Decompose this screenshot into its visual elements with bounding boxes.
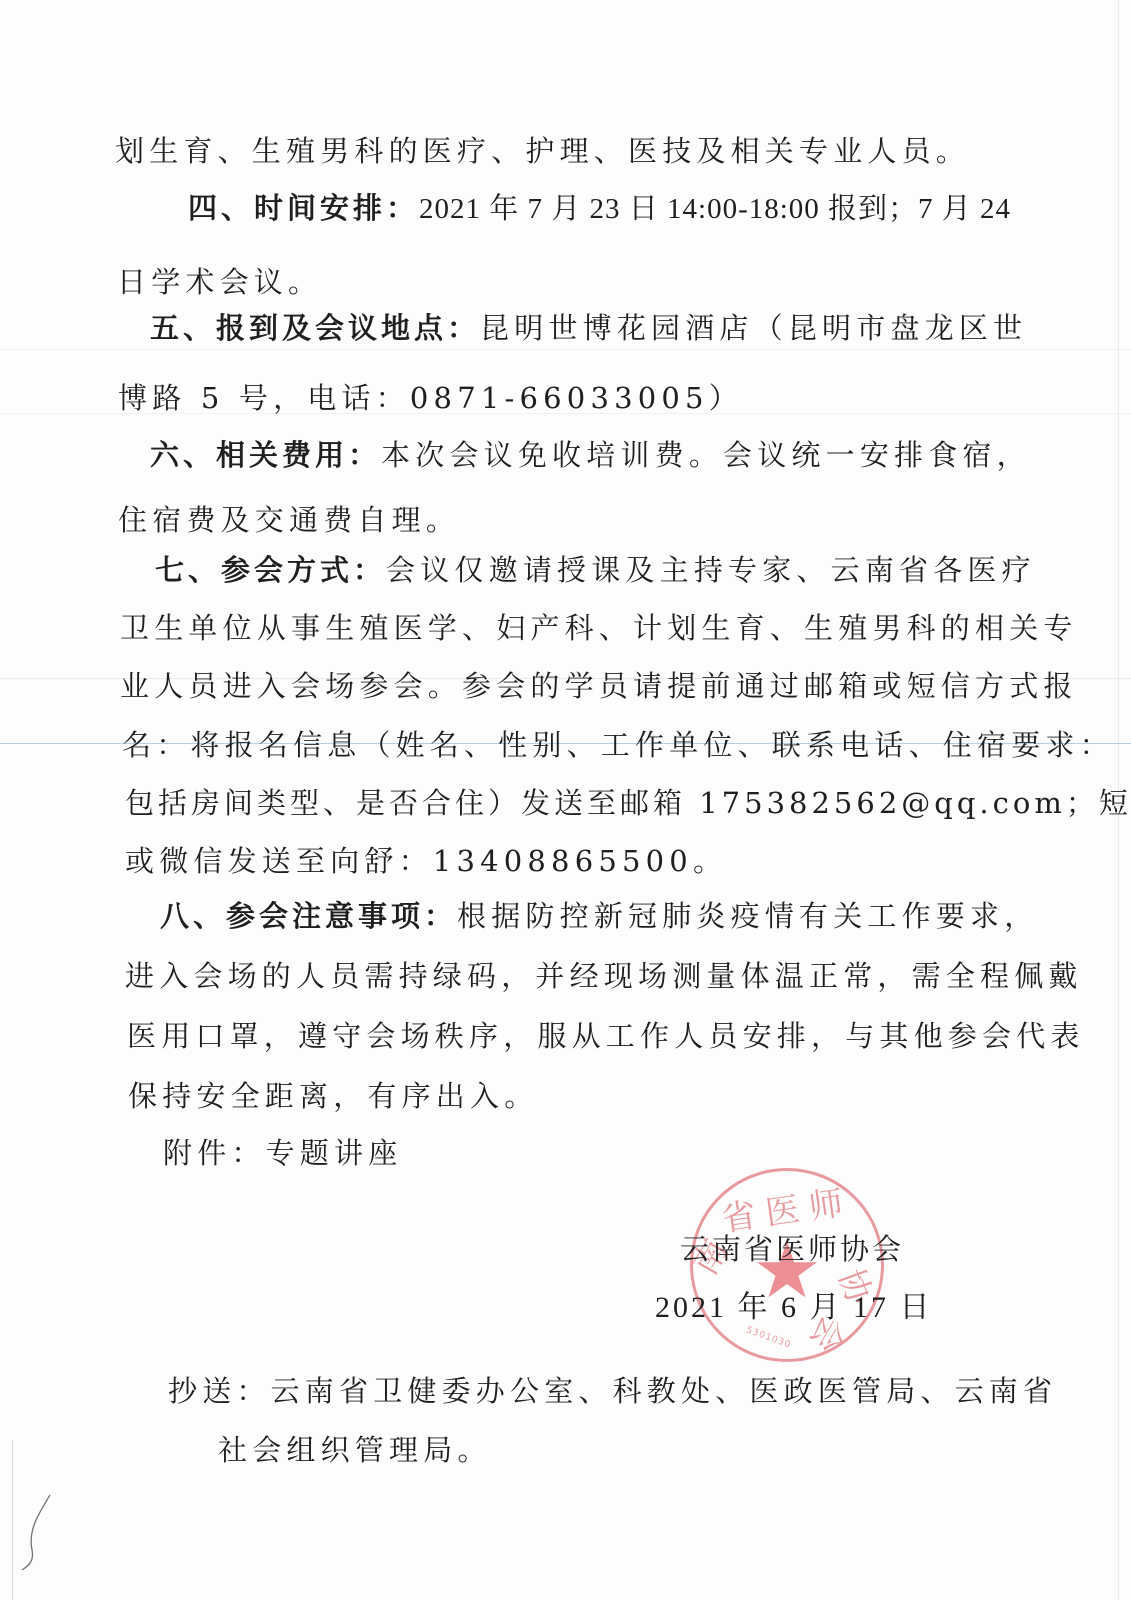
cc-label: 抄送：: [168, 1374, 271, 1408]
cc-line-1: 抄送：云南省卫健委办公室、科教处、医政医管局、云南省: [168, 1373, 1057, 1409]
section-4-text: 2021 年 7 月 23 日 14:00-18:00 报到；7 月 24: [419, 193, 1011, 225]
section-8-text: 根据防控新冠肺炎疫情有关工作要求，: [457, 899, 1038, 933]
document-page: 划生育、生殖男科的医疗、护理、医技及相关专业人员。 四、时间安排：2021 年 …: [0, 0, 1131, 1600]
section-8-line-4: 保持安全距离，有序出入。: [128, 1078, 538, 1114]
scan-artifact-line: [0, 349, 1131, 350]
section-5-line-1: 五、报到及会议地点：昆明世博花园酒店（昆明市盘龙区世: [150, 310, 1027, 346]
section-6-line-1: 六、相关费用：本次会议免收培训费。会议统一安排食宿，: [150, 437, 1031, 473]
body-line: 划生育、生殖男科的医疗、护理、医技及相关专业人员。: [115, 133, 970, 169]
section-8-line-1: 八、参会注意事项：根据防控新冠肺炎疫情有关工作要求，: [160, 898, 1038, 934]
section-8-line-2: 进入会场的人员需持绿码，并经现场测量体温正常，需全程佩戴: [125, 958, 1083, 994]
section-8-line-3: 医用口罩，遵守会场秩序，服从工作人员安排，与其他参会代表: [127, 1018, 1085, 1054]
section-5-text: 昆明世博花园酒店（昆明市盘龙区世: [480, 311, 1027, 345]
section-4-line-1: 四、时间安排：2021 年 7 月 23 日 14:00-18:00 报到；7 …: [188, 190, 1011, 227]
section-7-line-2: 卫生单位从事生殖医学、妇产科、计划生育、生殖男科的相关专: [120, 610, 1078, 646]
margin-pen-mark-icon: [20, 1490, 60, 1580]
cc-recipients-1: 云南省卫健委办公室、科教处、医政医管局、云南省: [271, 1374, 1058, 1408]
section-6-text: 本次会议免收培训费。会议统一安排食宿，: [381, 438, 1031, 472]
section-4-heading: 四、时间安排：: [188, 191, 419, 225]
section-7-heading: 七、参会方式：: [155, 553, 386, 587]
section-7-line-1: 七、参会方式：会议仅邀请授课及主持专家、云南省各医疗: [155, 552, 1036, 588]
section-7-text: 会议仅邀请授课及主持专家、云南省各医疗: [386, 553, 1036, 587]
attachment-line: 附件：专题讲座: [163, 1135, 402, 1171]
section-6-heading: 六、相关费用：: [150, 438, 381, 472]
section-4-line-2: 日学术会议。: [117, 264, 322, 300]
section-5-heading: 五、报到及会议地点：: [150, 311, 480, 345]
section-5-line-2: 博路 5 号，电话：0871-66033005）: [118, 380, 743, 416]
section-7-line-4: 名：将报名信息（姓名、性别、工作单位、联系电话、住宿要求：: [122, 727, 1114, 763]
signature-organization: 云南省医师协会: [680, 1231, 904, 1267]
signature-date: 2021 年 6 月 17 日: [655, 1290, 933, 1326]
section-7-line-3: 业人员进入会场参会。参会的学员请提前通过邮箱或短信方式报: [120, 668, 1078, 704]
section-7-line-5: 包括房间类型、是否合住）发送至邮箱 175382562@qq.com；短信: [125, 785, 1131, 821]
section-8-heading: 八、参会注意事项：: [160, 899, 457, 933]
seal-code: 5301030: [745, 1325, 793, 1351]
section-7-line-6: 或微信发送至向舒：13408865500。: [125, 843, 727, 879]
page-edge-left: [12, 1440, 13, 1600]
section-6-line-2: 住宿费及交通费自理。: [118, 502, 460, 538]
cc-line-2: 社会组织管理局。: [218, 1432, 492, 1468]
